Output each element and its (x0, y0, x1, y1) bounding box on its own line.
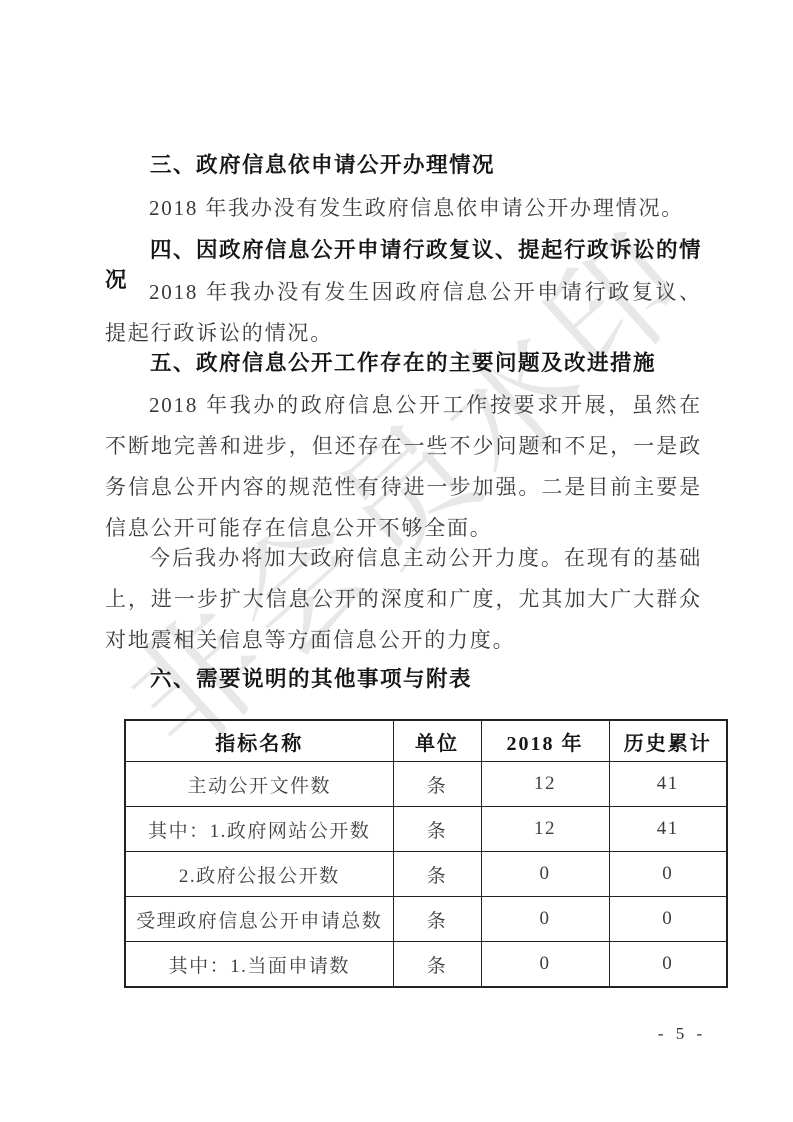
section-4-paragraph: 2018 年我办没有发生因政府信息公开申请行政复议、提起行政诉讼的情况。 (105, 272, 702, 354)
cell-unit: 条 (393, 807, 481, 852)
col-header-history-total: 历史累计 (609, 720, 727, 762)
table-row: 受理政府信息公开申请总数 条 0 0 (125, 897, 727, 942)
cell-unit: 条 (393, 942, 481, 988)
cell-total: 0 (609, 897, 727, 942)
cell-unit: 条 (393, 762, 481, 807)
section-5-paragraph-1: 2018 年我办的政府信息公开工作按要求开展，虽然在不断地完善和进步，但还存在一… (105, 385, 702, 549)
document-page: 非会员水印 三、政府信息依申请公开办理情况 2018 年我办没有发生政府信息依申… (0, 0, 793, 1122)
col-header-unit: 单位 (393, 720, 481, 762)
cell-total: 41 (609, 762, 727, 807)
section-3-paragraph: 2018 年我办没有发生政府信息依申请公开办理情况。 (105, 188, 702, 229)
col-header-year-2018: 2018 年 (481, 720, 609, 762)
page-number: - 5 - (622, 1024, 742, 1044)
cell-indicator: 其中：1.政府网站公开数 (125, 807, 393, 852)
table-row: 其中：1.政府网站公开数 条 12 41 (125, 807, 727, 852)
cell-total: 0 (609, 852, 727, 897)
section-5-heading: 五、政府信息公开工作存在的主要问题及改进措施 (105, 348, 705, 378)
table-row: 主动公开文件数 条 12 41 (125, 762, 727, 807)
cell-2018: 12 (481, 807, 609, 852)
cell-2018: 0 (481, 942, 609, 988)
statistics-table-body: 主动公开文件数 条 12 41 其中：1.政府网站公开数 条 12 41 2.政… (125, 762, 727, 988)
section-6-heading: 六、需要说明的其他事项与附表 (105, 664, 705, 694)
cell-indicator: 主动公开文件数 (125, 762, 393, 807)
cell-total: 41 (609, 807, 727, 852)
cell-unit: 条 (393, 897, 481, 942)
table-header-row: 指标名称 单位 2018 年 历史累计 (125, 720, 727, 762)
cell-2018: 0 (481, 897, 609, 942)
cell-unit: 条 (393, 852, 481, 897)
cell-indicator: 其中：1.当面申请数 (125, 942, 393, 988)
cell-total: 0 (609, 942, 727, 988)
statistics-table: 指标名称 单位 2018 年 历史累计 主动公开文件数 条 12 41 其中：1… (124, 719, 728, 988)
section-5-paragraph-2: 今后我办将加大政府信息主动公开力度。在现有的基础上，进一步扩大信息公开的深度和广… (105, 538, 702, 661)
table-row: 其中：1.当面申请数 条 0 0 (125, 942, 727, 988)
cell-indicator: 受理政府信息公开申请总数 (125, 897, 393, 942)
table-row: 2.政府公报公开数 条 0 0 (125, 852, 727, 897)
cell-2018: 0 (481, 852, 609, 897)
cell-2018: 12 (481, 762, 609, 807)
statistics-table-header: 指标名称 单位 2018 年 历史累计 (125, 720, 727, 762)
cell-indicator: 2.政府公报公开数 (125, 852, 393, 897)
col-header-indicator-name: 指标名称 (125, 720, 393, 762)
section-3-heading: 三、政府信息依申请公开办理情况 (105, 150, 705, 180)
